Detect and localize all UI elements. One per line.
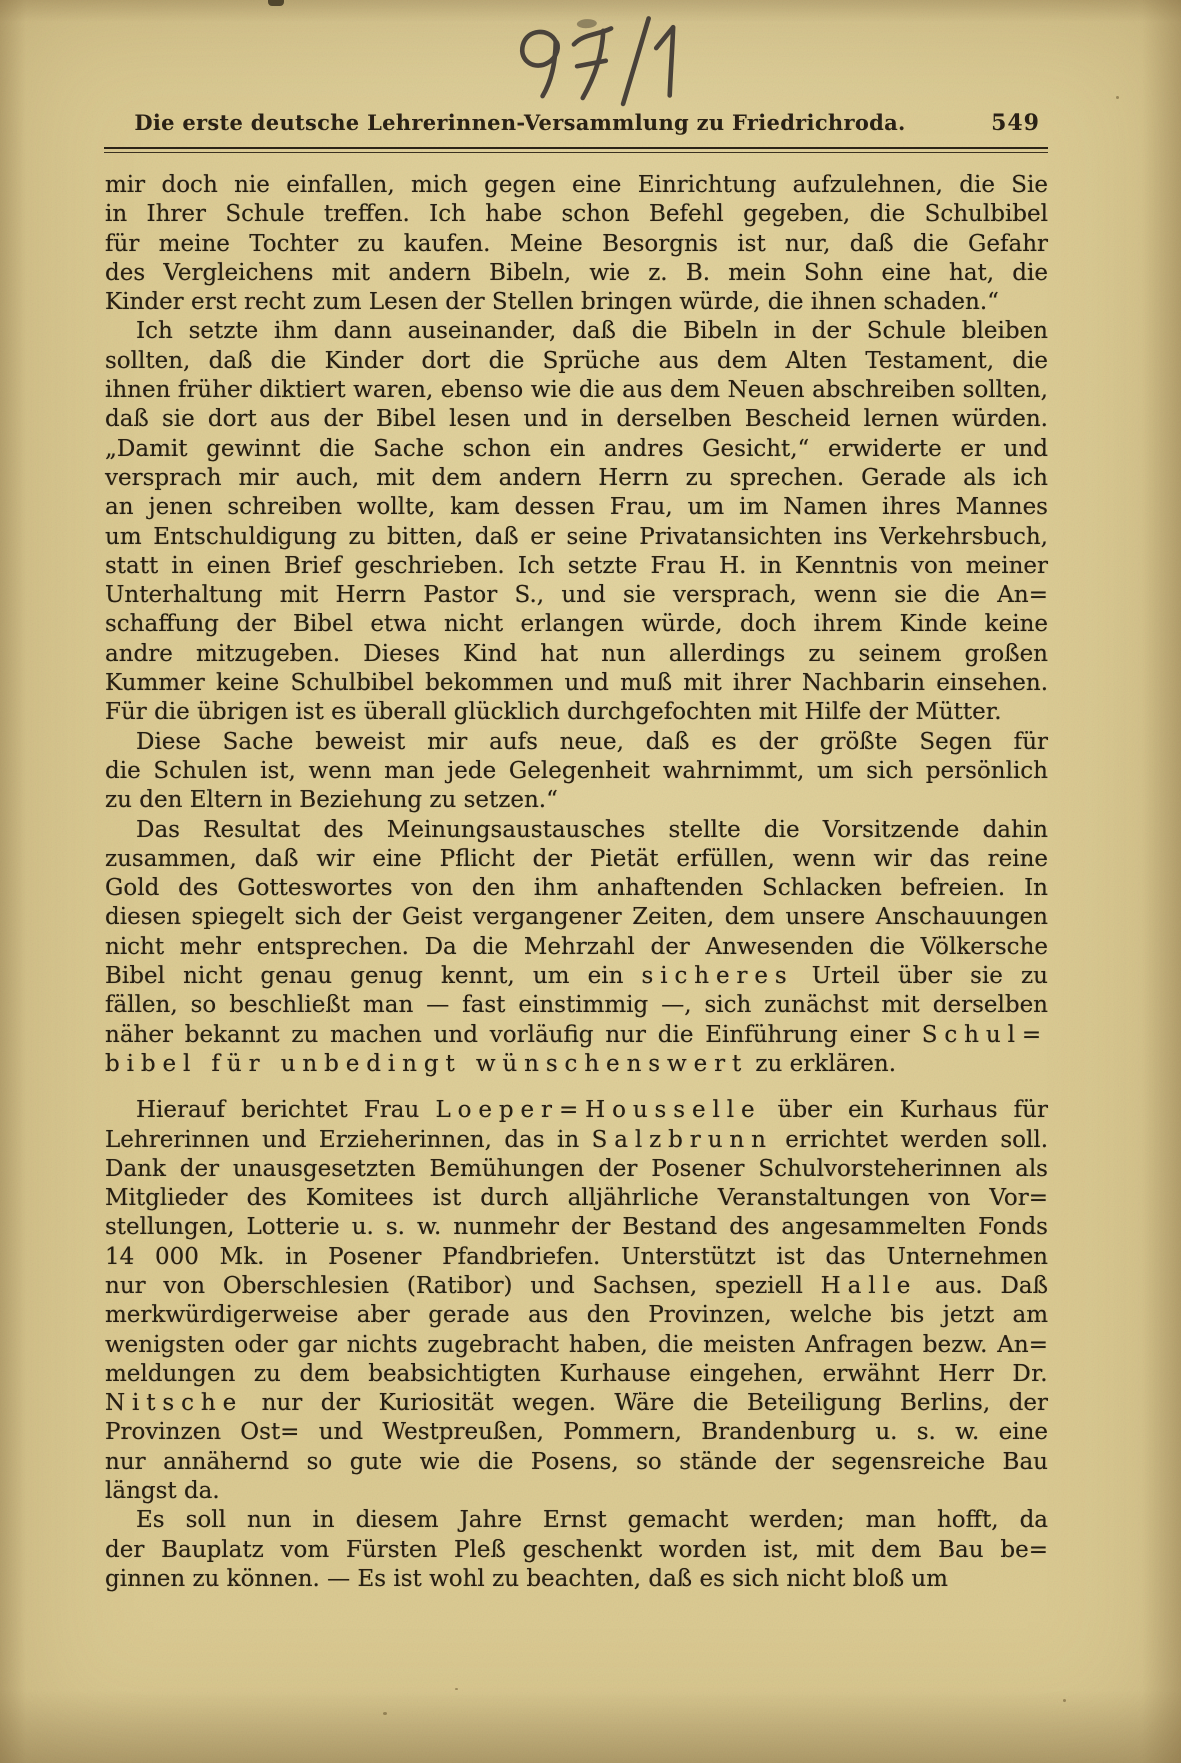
text-segment: Hierauf berichtet Frau bbox=[136, 1097, 435, 1123]
text-line: sollten, daß die Kinder dort die Sprüche… bbox=[105, 347, 1048, 376]
text-segment: Lehrerinnen und Erzieherinnen, das in bbox=[105, 1127, 592, 1153]
text-line: Ich setzte ihm dann auseinander, daß die… bbox=[105, 317, 1048, 346]
text-line: Kinder erst recht zum Lesen der Stellen … bbox=[105, 288, 1048, 317]
text-line: schaffung der Bibel etwa nicht erlangen … bbox=[105, 610, 1048, 639]
paper-speck bbox=[1116, 96, 1119, 99]
page-number: 549 bbox=[991, 110, 1040, 136]
scanned-page: Die erste deutsche Lehrerinnen-Versammlu… bbox=[0, 0, 1181, 1763]
text-segment: Mitglieder des Komitees ist durch alljäh… bbox=[105, 1185, 1048, 1211]
text-line: statt in einen Brief geschrieben. Ich se… bbox=[105, 552, 1048, 581]
text-segment: zu erklären. bbox=[748, 1051, 896, 1077]
text-line: an jenen schreiben wollte, kam dessen Fr… bbox=[105, 493, 1048, 522]
text-line: Für die übrigen ist es überall glücklich… bbox=[105, 698, 1048, 727]
antiqua-text: Dr. bbox=[1012, 1361, 1048, 1387]
letterspaced-text: Halle bbox=[821, 1273, 918, 1299]
text-segment: näher bekannt zu machen und vorläufig nu… bbox=[105, 1022, 922, 1048]
text-line: Bibel nicht genau genug kennt, um ein si… bbox=[105, 962, 1048, 991]
text-line: ihnen früher diktiert waren, ebenso wie … bbox=[105, 376, 1048, 405]
text-segment: Das Resultat des Meinungsaustausches ste… bbox=[136, 817, 1048, 843]
text-line: 14 000 Mk. in Posener Pfandbriefen. Unte… bbox=[105, 1243, 1048, 1272]
letterspaced-text: Nitsche bbox=[105, 1390, 243, 1416]
text-segment: nicht mehr entsprechen. Da die Mehrzahl … bbox=[105, 934, 1048, 960]
text-segment: meldungen zu dem beabsichtigten Kurhause… bbox=[105, 1361, 1012, 1387]
text-segment: für meine Tochter zu kaufen. Meine Besor… bbox=[105, 231, 1048, 257]
text-segment: sollten, daß die Kinder dort die Sprüche… bbox=[105, 348, 1048, 374]
header-title: Die erste deutsche Lehrerinnen-Versammlu… bbox=[105, 110, 935, 135]
text-segment: des Vergleichens mit andern Bibeln, wie … bbox=[105, 260, 1048, 286]
text-segment: statt in einen Brief geschrieben. Ich se… bbox=[105, 553, 1048, 579]
text-segment: an jenen schreiben wollte, kam dessen Fr… bbox=[105, 494, 1048, 520]
text-segment: längst da. bbox=[105, 1478, 220, 1504]
paper-speck bbox=[1063, 1699, 1066, 1702]
text-line: Hierauf berichtet Frau Loeper=Housselle … bbox=[105, 1096, 1048, 1125]
text-segment: 14 000 Mk. in Posener Pfandbriefen. Unte… bbox=[105, 1244, 1048, 1270]
text-line: näher bekannt zu machen und vorläufig nu… bbox=[105, 1021, 1048, 1050]
text-segment: Diese Sache beweist mir aufs neue, daß e… bbox=[136, 729, 1048, 755]
text-segment: „Damit gewinnt die Sache schon ein andre… bbox=[105, 436, 1048, 462]
text-line: andre mitzugeben. Dieses Kind hat nun al… bbox=[105, 640, 1048, 669]
text-line: Lehrerinnen und Erzieherinnen, das in Sa… bbox=[105, 1126, 1048, 1155]
text-segment: diesen spiegelt sich der Geist vergangen… bbox=[105, 904, 1048, 930]
text-segment: Ich setzte ihm dann auseinander, daß die… bbox=[136, 318, 1048, 344]
text-segment: über ein Kurhaus für bbox=[761, 1097, 1048, 1123]
text-line: versprach mir auch, mit dem andern Herrn… bbox=[105, 464, 1048, 493]
text-line: um Entschuldigung zu bitten, daß er sein… bbox=[105, 523, 1048, 552]
text-segment: nur von Oberschlesien (Ratibor) und Sach… bbox=[105, 1273, 821, 1299]
paragraph: Es soll nun in diesem Jahre Ernst gemach… bbox=[105, 1506, 1048, 1594]
text-segment: Gold des Gotteswortes von den ihm anhaft… bbox=[105, 875, 1048, 901]
text-segment: wenigsten oder gar nichts zugebracht hab… bbox=[105, 1332, 1048, 1358]
text-line: für meine Tochter zu kaufen. Meine Besor… bbox=[105, 230, 1048, 259]
text-line: Diese Sache beweist mir aufs neue, daß e… bbox=[105, 728, 1048, 757]
text-segment: errichtet werden soll. bbox=[773, 1127, 1048, 1153]
text-segment: Unterhaltung mit Herrn Pastor S., und si… bbox=[105, 582, 1048, 608]
text-segment: die Schulen ist, wenn man jede Gelegenhe… bbox=[105, 758, 1048, 784]
paragraph: mir doch nie einfallen, mich gegen eine … bbox=[105, 171, 1048, 317]
letterspaced-text: sicheres bbox=[642, 963, 794, 989]
text-segment: aus. Daß bbox=[917, 1273, 1048, 1299]
text-segment: versprach mir auch, mit dem andern Herrn… bbox=[105, 465, 1048, 491]
handwriting-strokes bbox=[502, 6, 737, 122]
text-line: Es soll nun in diesem Jahre Ernst gemach… bbox=[105, 1506, 1048, 1535]
text-segment: Kinder erst recht zum Lesen der Stellen … bbox=[105, 289, 999, 315]
text-line: die Schulen ist, wenn man jede Gelegenhe… bbox=[105, 757, 1048, 786]
text-line: nicht mehr entsprechen. Da die Mehrzahl … bbox=[105, 933, 1048, 962]
text-segment: Bibel nicht genau genug kennt, um ein bbox=[105, 963, 642, 989]
text-line: diesen spiegelt sich der Geist vergangen… bbox=[105, 903, 1048, 932]
text-line: stellungen, Lotterie u. s. w. nunmehr de… bbox=[105, 1213, 1048, 1242]
text-segment: um Entschuldigung zu bitten, daß er sein… bbox=[105, 524, 1048, 550]
text-line: Das Resultat des Meinungsaustausches ste… bbox=[105, 816, 1048, 845]
letterspaced-text: bibel für unbedingt wünschenswert bbox=[105, 1051, 748, 1077]
text-line: nur annähernd so gute wie die Posens, so… bbox=[105, 1448, 1048, 1477]
text-segment: ihnen früher diktiert waren, ebenso wie … bbox=[105, 377, 1048, 403]
text-segment: nur annähernd so gute wie die Posens, so… bbox=[105, 1449, 1048, 1475]
text-segment: zusammen, daß wir eine Pflicht der Pietä… bbox=[105, 846, 1048, 872]
text-segment: Dank der unausgesetzten Bemühungen der P… bbox=[105, 1156, 1048, 1182]
text-segment: zu den Eltern in Beziehung zu setzen.“ bbox=[105, 787, 558, 813]
text-segment: merkwürdigerweise aber gerade aus den Pr… bbox=[105, 1302, 1048, 1328]
text-line: fällen, so beschließt man — fast einstim… bbox=[105, 991, 1048, 1020]
text-line: mir doch nie einfallen, mich gegen eine … bbox=[105, 171, 1048, 200]
text-segment: nur der Kuriosität wegen. Wäre die Betei… bbox=[243, 1390, 1048, 1416]
text-line: wenigsten oder gar nichts zugebracht hab… bbox=[105, 1331, 1048, 1360]
text-segment: daß sie dort aus der Bibel lesen und in … bbox=[105, 406, 1048, 432]
text-segment: Für die übrigen ist es überall glücklich… bbox=[105, 699, 1002, 725]
text-segment: ginnen zu können. — Es ist wohl zu beach… bbox=[105, 1566, 948, 1592]
running-header: Die erste deutsche Lehrerinnen-Versammlu… bbox=[105, 110, 1048, 140]
text-line: merkwürdigerweise aber gerade aus den Pr… bbox=[105, 1301, 1048, 1330]
text-segment: in Ihrer Schule treffen. Ich habe schon … bbox=[105, 201, 1048, 227]
paper-speck bbox=[455, 1688, 458, 1690]
text-line: Provinzen Ost= und Westpreußen, Pommern,… bbox=[105, 1418, 1048, 1447]
text-segment: Urteil über sie zu bbox=[794, 963, 1048, 989]
handwritten-annotation bbox=[502, 6, 737, 122]
text-segment: mir doch nie einfallen, mich gegen eine … bbox=[105, 172, 1048, 198]
text-line: Nitsche nur der Kuriosität wegen. Wäre d… bbox=[105, 1389, 1048, 1418]
text-line: Unterhaltung mit Herrn Pastor S., und si… bbox=[105, 581, 1048, 610]
text-line: zu den Eltern in Beziehung zu setzen.“ bbox=[105, 786, 1048, 815]
header-rule bbox=[104, 147, 1048, 153]
text-segment: Provinzen Ost= und Westpreußen, Pommern,… bbox=[105, 1419, 1048, 1445]
paragraph: Das Resultat des Meinungsaustausches ste… bbox=[105, 816, 1048, 1080]
text-line: in Ihrer Schule treffen. Ich habe schon … bbox=[105, 200, 1048, 229]
text-line: zusammen, daß wir eine Pflicht der Pietä… bbox=[105, 845, 1048, 874]
text-line: des Vergleichens mit andern Bibeln, wie … bbox=[105, 259, 1048, 288]
text-segment: schaffung der Bibel etwa nicht erlangen … bbox=[105, 611, 1048, 637]
text-line: Dank der unausgesetzten Bemühungen der P… bbox=[105, 1155, 1048, 1184]
text-line: meldungen zu dem beabsichtigten Kurhause… bbox=[105, 1360, 1048, 1389]
text-line: längst da. bbox=[105, 1477, 1048, 1506]
paper-speck bbox=[383, 1712, 387, 1715]
text-segment: Kummer keine Schulbibel bekommen und muß… bbox=[105, 670, 1048, 696]
letterspaced-text: Loeper=Housselle bbox=[435, 1097, 761, 1123]
paragraph: Ich setzte ihm dann auseinander, daß die… bbox=[105, 317, 1048, 727]
text-line: ginnen zu können. — Es ist wohl zu beach… bbox=[105, 1565, 1048, 1594]
text-line: Mitglieder des Komitees ist durch alljäh… bbox=[105, 1184, 1048, 1213]
text-line: Kummer keine Schulbibel bekommen und muß… bbox=[105, 669, 1048, 698]
text-line: nur von Oberschlesien (Ratibor) und Sach… bbox=[105, 1272, 1048, 1301]
text-line: bibel für unbedingt wünschenswert zu erk… bbox=[105, 1050, 1048, 1079]
paragraph: Hierauf berichtet Frau Loeper=Housselle … bbox=[105, 1096, 1048, 1506]
scan-edge-mark bbox=[268, 0, 284, 6]
body-text: mir doch nie einfallen, mich gegen eine … bbox=[105, 171, 1048, 1594]
text-line: „Damit gewinnt die Sache schon ein andre… bbox=[105, 435, 1048, 464]
letterspaced-text: Schul= bbox=[922, 1022, 1048, 1048]
text-line: daß sie dort aus der Bibel lesen und in … bbox=[105, 405, 1048, 434]
text-segment: andre mitzugeben. Dieses Kind hat nun al… bbox=[105, 641, 1048, 667]
text-segment: fällen, so beschließt man — fast einstim… bbox=[105, 992, 1048, 1018]
text-segment: Es soll nun in diesem Jahre Ernst gemach… bbox=[136, 1507, 1048, 1533]
text-segment: stellungen, Lotterie u. s. w. nunmehr de… bbox=[105, 1214, 1048, 1240]
text-segment: der Bauplatz vom Fürsten Pleß geschenkt … bbox=[105, 1537, 1048, 1563]
text-line: Gold des Gotteswortes von den ihm anhaft… bbox=[105, 874, 1048, 903]
letterspaced-text: Salzbrunn bbox=[592, 1127, 773, 1153]
paragraph: Diese Sache beweist mir aufs neue, daß e… bbox=[105, 728, 1048, 816]
text-line: der Bauplatz vom Fürsten Pleß geschenkt … bbox=[105, 1536, 1048, 1565]
